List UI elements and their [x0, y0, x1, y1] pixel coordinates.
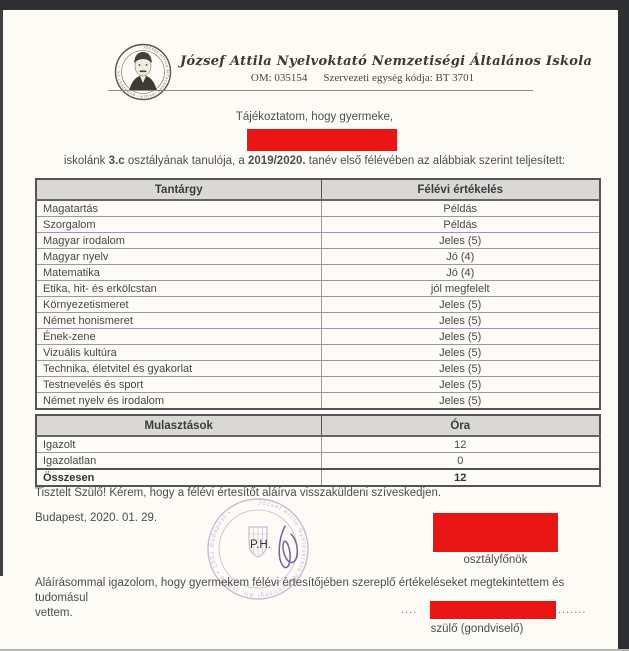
grades-header-eval: Félévi értékelés — [321, 179, 600, 200]
redaction-parent-signature — [430, 601, 556, 619]
absences-header-hours: Óra — [321, 415, 600, 436]
subject-cell: Környezetismeret — [36, 297, 321, 313]
grade-cell: Jó (4) — [321, 249, 600, 265]
table-row: SzorgalomPéldás — [36, 217, 600, 233]
grade-cell: Példás — [321, 200, 600, 217]
subject-cell: Szorgalom — [36, 217, 321, 233]
subject-cell: Testnevelés és sport — [36, 377, 321, 393]
unit-code: Szervezeti egység kódja: BT 3701 — [323, 72, 474, 84]
subject-cell: Vizuális kultúra — [36, 345, 321, 361]
table-row: Német honismeretJeles (5) — [36, 313, 600, 329]
header-divider — [108, 90, 533, 91]
seal-placeholder-label: P.H. — [250, 539, 271, 551]
subject-cell: Ének-zene — [36, 329, 321, 345]
intro-seg: tanév első félévében az alábbiak szerint… — [309, 155, 565, 167]
grade-cell: Példás — [321, 217, 600, 233]
window-left-edge — [0, 0, 3, 576]
window-top-edge — [0, 0, 629, 10]
table-row: Magyar nyelvJó (4) — [36, 249, 600, 265]
grade-cell: Jeles (5) — [321, 233, 600, 249]
table-row: MatematikaJó (4) — [36, 265, 600, 281]
grade-cell: Jeles (5) — [321, 345, 600, 361]
table-row: KörnyezetismeretJeles (5) — [36, 297, 600, 313]
subject-cell: Német honismeret — [36, 313, 321, 329]
grade-cell: Jeles (5) — [321, 329, 600, 345]
grade-cell: Jó (4) — [321, 265, 600, 281]
redaction-student-name — [247, 129, 397, 151]
subject-cell: Magyar irodalom — [36, 233, 321, 249]
subject-cell: Etika, hit- és erkölcstan — [36, 281, 321, 297]
absences-total-row: Összesen12 — [36, 469, 600, 486]
date-line: Budapest, 2020. 01. 29. — [35, 512, 157, 524]
grades-header-row: Tantárgy Félévi értékelés — [36, 179, 600, 200]
table-row: Testnevelés és sportJeles (5) — [36, 377, 600, 393]
table-row: Technika, életvitel és gyakorlatJeles (5… — [36, 361, 600, 377]
grade-cell: Jeles (5) — [321, 313, 600, 329]
school-name: József Attila Nyelvoktató Nemzetiségi Ál… — [180, 54, 545, 69]
report-document: JÓZSEF ATTILA ÁLTALÁNOS ISKOLA • BUDAPES… — [0, 0, 629, 651]
grade-cell: Jeles (5) — [321, 297, 600, 313]
table-row: Ének-zeneJeles (5) — [36, 329, 600, 345]
subject-cell: Technika, életvitel és gyakorlat — [36, 361, 321, 377]
om-code: OM: 035154 — [251, 72, 308, 84]
redaction-teacher-signature — [433, 513, 558, 552]
request-line: Tisztelt Szülő! Kérem, hogy a félévi ért… — [35, 487, 441, 499]
school-codes-line: OM: 035154Szervezeti egység kódja: BT 37… — [180, 72, 545, 84]
signature-dots-right: ....... — [558, 604, 586, 616]
table-row: Etika, hit- és erkölcstanjól megfelelt — [36, 281, 600, 297]
subject-cell: Magyar nyelv — [36, 249, 321, 265]
table-row: MagatartásPéldás — [36, 200, 600, 217]
school-year: 2019/2020. — [248, 155, 306, 167]
intro-seg: iskolánk — [64, 155, 106, 167]
subject-cell: Magatartás — [36, 200, 321, 217]
grade-cell: Jeles (5) — [321, 393, 600, 410]
school-seal-icon: JÓZSEF ATTILA ÁLTALÁNOS ISKOLA • BUDAPES… — [112, 41, 174, 103]
class-name: 3.c — [109, 155, 125, 167]
table-row: Igazolatlan0 — [36, 453, 600, 470]
grade-cell: Jeles (5) — [321, 377, 600, 393]
grade-cell: Jeles (5) — [321, 361, 600, 377]
table-row: Vizuális kultúraJeles (5) — [36, 345, 600, 361]
absence-type-cell: Igazolt — [36, 436, 321, 453]
subject-cell: Német nyelv és irodalom — [36, 393, 321, 410]
total-hours-cell: 12 — [321, 469, 600, 486]
table-row: Magyar irodalomJeles (5) — [36, 233, 600, 249]
notify-line: Tájékoztatom, hogy gyermeke, — [0, 111, 629, 123]
absence-hours-cell: 12 — [321, 436, 600, 453]
subject-cell: Matematika — [36, 265, 321, 281]
absences-header-row: Mulasztások Óra — [36, 415, 600, 436]
grade-cell: jól megfelelt — [321, 281, 600, 297]
signature-dots-left: .... — [401, 604, 417, 616]
teacher-signature-icon — [273, 522, 307, 578]
portrait-icon — [129, 52, 157, 91]
absences-table: Mulasztások Óra Igazolt12 Igazolatlan0 Ö… — [35, 414, 601, 487]
grades-header-subject: Tantárgy — [36, 179, 321, 200]
absence-hours-cell: 0 — [321, 453, 600, 470]
absences-header-type: Mulasztások — [36, 415, 321, 436]
intro-seg: osztályának tanulója, a — [128, 155, 245, 167]
total-label-cell: Összesen — [36, 469, 321, 486]
teacher-role-label: osztályfőnök — [423, 554, 568, 566]
window-right-edge — [618, 0, 629, 651]
absence-type-cell: Igazolatlan — [36, 453, 321, 470]
grades-table: Tantárgy Félévi értékelés MagatartásPéld… — [35, 178, 601, 410]
table-row: Igazolt12 — [36, 436, 600, 453]
intro-line: iskolánk 3.c osztályának tanulója, a 201… — [0, 155, 629, 167]
table-row: Német nyelv és irodalomJeles (5) — [36, 393, 600, 410]
parent-role-label: szülő (gondviselő) — [398, 623, 556, 635]
